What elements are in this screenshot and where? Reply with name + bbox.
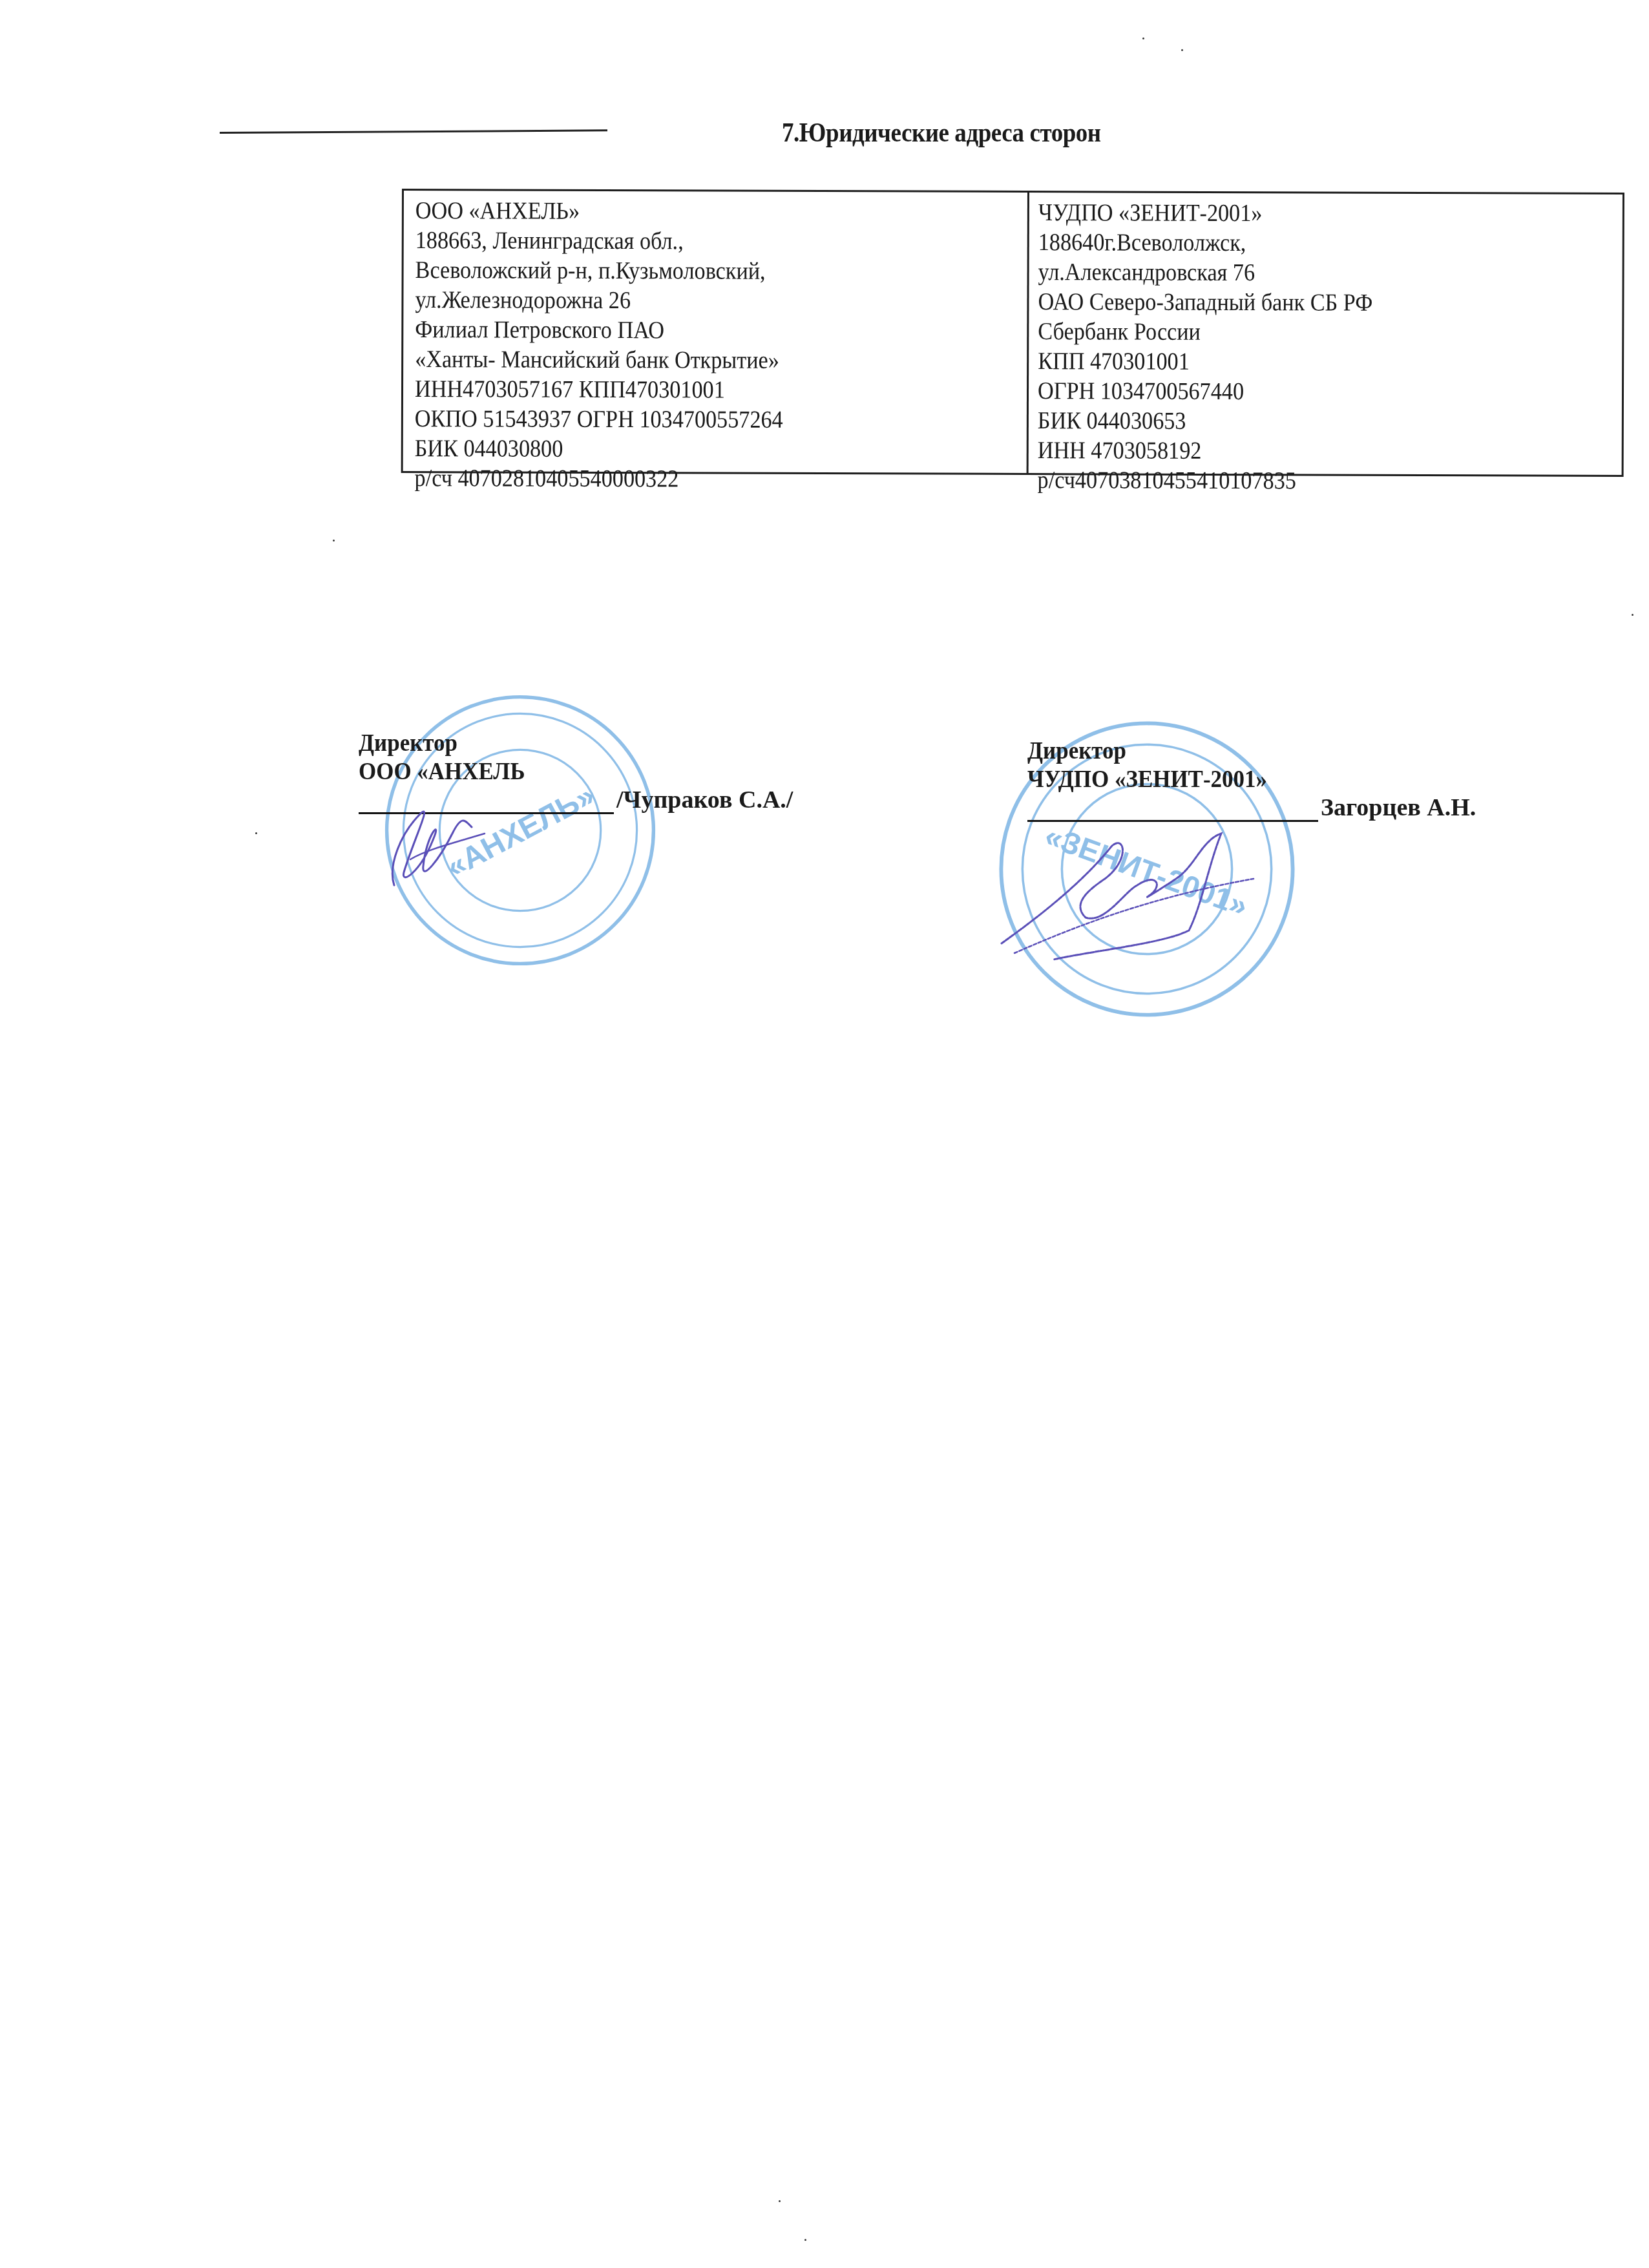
signatory-name: /Чупраков С.А./ — [616, 786, 793, 814]
signatory-title: Директор — [359, 729, 759, 757]
party-cell-zenit: ЧУДПО «ЗЕНИТ-2001»188640г.Всевололжск,ул… — [1029, 193, 1623, 475]
signatory-organization: ЧУДПО «ЗЕНИТ-2001» — [1027, 765, 1440, 793]
signature-block-zenit: Директор ЧУДПО «ЗЕНИТ-2001» Загорцев А.Н… — [1027, 737, 1476, 822]
requisite-line: КПП 470301001 — [1038, 346, 1554, 378]
requisite-line: ИНН 4703058192 — [1038, 436, 1554, 467]
requisite-line: Всеволожский р-н, п.Кузьмоловский, — [415, 255, 957, 287]
scan-speck — [1142, 37, 1144, 39]
requisite-line: Филиал Петровского ПАО — [415, 315, 956, 346]
requisite-line: ОКПО 51543937 ОГРН 1034700557264 — [415, 404, 956, 436]
signature-line — [1027, 798, 1318, 822]
signatory-name: Загорцев А.Н. — [1321, 793, 1476, 822]
scan-speck — [1181, 49, 1183, 51]
signatory-organization: ООО «АНХЕЛЬ — [359, 757, 759, 786]
requisite-line: БИК 044030653 — [1038, 406, 1554, 437]
requisite-line: р/сч 40702810405540000322 — [415, 463, 956, 495]
requisite-line: ОАО Северо-Западный банк СБ РФ — [1038, 287, 1554, 319]
requisite-line: ЧУДПО «ЗЕНИТ-2001» — [1038, 198, 1555, 229]
party-requisites-table: ООО «АНХЕЛЬ»188663, Ленинградская обл.,В… — [401, 189, 1624, 477]
svg-text:«ЗЕНИТ-2001»: «ЗЕНИТ-2001» — [1040, 818, 1252, 923]
scan-speck — [779, 2200, 781, 2202]
requisite-line: ООО «АНХЕЛЬ» — [415, 196, 957, 227]
signatory-title: Директор — [1027, 737, 1440, 765]
scan-speck — [1632, 614, 1633, 616]
requisite-line: р/сч40703810455410107835 — [1038, 465, 1554, 497]
requisite-line: 188640г.Всевололжск, — [1038, 227, 1555, 259]
scan-speck — [804, 2239, 806, 2241]
requisite-line: ул.Железнодорожна 26 — [415, 285, 956, 317]
section-title: 7.Юридические адреса сторон — [782, 118, 1101, 149]
requisite-line: 188663, Ленинградская обл., — [415, 226, 957, 257]
signature-line — [359, 790, 614, 814]
party-cell-anhel: ООО «АНХЕЛЬ»188663, Ленинградская обл.,В… — [403, 191, 1029, 473]
requisite-line: ул.Александровская 76 — [1038, 257, 1555, 289]
signature-block-anhel: Директор ООО «АНХЕЛЬ /Чупраков С.А./ — [359, 729, 793, 814]
handwritten-signature-zenit — [995, 821, 1273, 969]
requisite-line: Сбербанк России — [1038, 317, 1554, 348]
requisite-line: «Ханты- Мансийский банк Открытие» — [415, 344, 956, 376]
requisite-line: ОГРН 1034700567440 — [1038, 376, 1554, 408]
top-divider-line — [220, 129, 607, 134]
requisite-line: ИНН4703057167 КПП470301001 — [415, 374, 956, 406]
scan-speck — [333, 540, 335, 541]
requisite-line: БИК 044030800 — [415, 434, 956, 465]
scan-speck — [255, 832, 257, 834]
